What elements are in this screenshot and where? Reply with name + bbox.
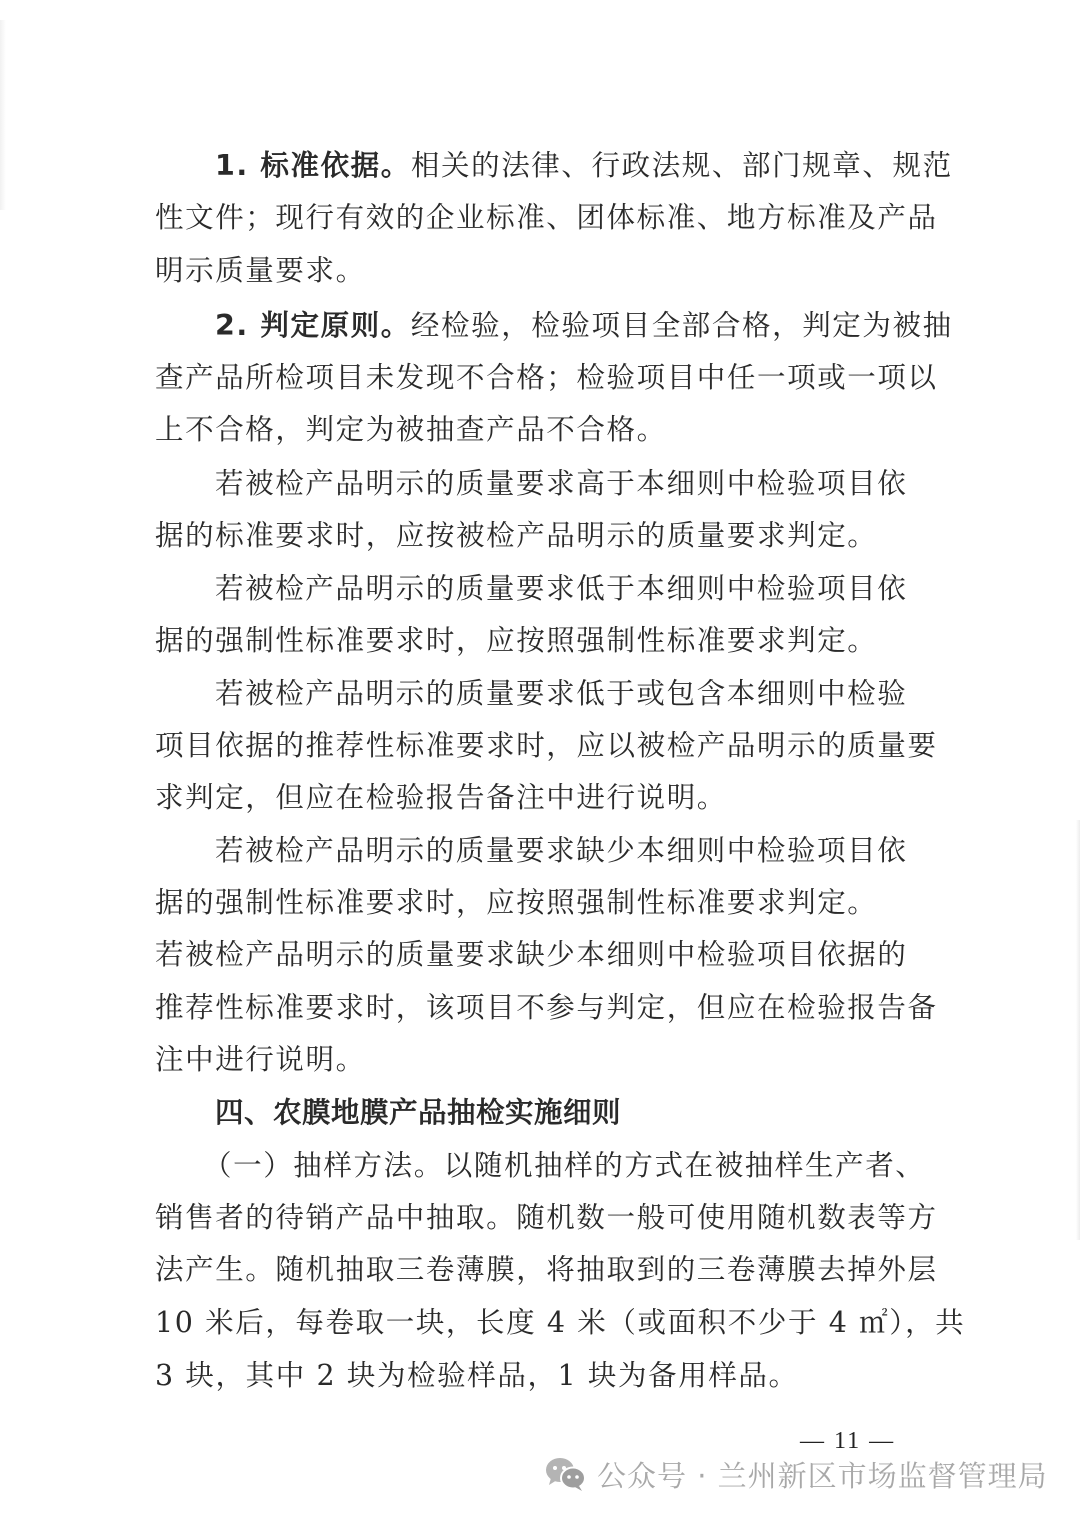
paragraph-line: 据的强制性标准要求时，应按照强制性标准要求判定。 [155,615,877,667]
section1-line-1: 1. 标准依据。相关的法律、行政法规、部门规章、规范 [215,140,953,192]
paragraph-line: 若被检产品明示的质量要求缺少本细则中检验项目依 [215,825,907,877]
paragraph-line: 据的标准要求时，应按被检产品明示的质量要求判定。 [155,510,877,562]
section2-line-1: 2. 判定原则。经检验，检验项目全部合格，判定为被抽 [215,300,953,352]
section1-label: 1. 标准依据。 [215,149,411,182]
sampling-line: （一）抽样方法。以随机抽样的方式在被抽样生产者、 [203,1140,925,1192]
scan-edge-shadow [1076,820,1080,1240]
section1-line-3: 明示质量要求。 [155,245,366,297]
wechat-icon [545,1456,587,1492]
paragraph-line: 据的强制性标准要求时，应按照强制性标准要求判定。 [155,877,877,929]
section2-label: 2. 判定原则。 [215,309,411,342]
sampling-line: 3 块，其中 2 块为检验样品，1 块为备用样品。 [155,1350,799,1402]
section2-line-3: 上不合格，判定为被抽查产品不合格。 [155,404,667,456]
section-heading-4: 四、农膜地膜产品抽检实施细则 [215,1087,621,1139]
section2-line-2: 查产品所检项目未发现不合格；检验项目中任一项或一项以 [155,352,938,404]
paragraph-line: 若被检产品明示的质量要求高于本细则中检验项目依 [215,458,907,510]
wechat-watermark: 公众号 · 兰州新区市场监督管理局 [545,1452,1048,1496]
page-number: — 11 — [800,1428,895,1455]
paragraph-line: 若被检产品明示的质量要求低于或包含本细则中检验 [215,668,907,720]
watermark-text: 公众号 · 兰州新区市场监督管理局 [597,1454,1048,1495]
paragraph-line: 若被检产品明示的质量要求缺少本细则中检验项目依据的 [155,929,908,981]
paragraph-line: 若被检产品明示的质量要求低于本细则中检验项目依 [215,563,907,615]
sampling-line: 销售者的待销产品中抽取。随机数一般可使用随机数表等方 [155,1192,938,1244]
sampling-line: 10 米后，每卷取一块，长度 4 米（或面积不少于 4 ㎡），共 [155,1297,965,1349]
paragraph-line: 求判定，但应在检验报告备注中进行说明。 [155,772,727,824]
paragraph-line: 推荐性标准要求时，该项目不参与判定，但应在检验报告备 [155,982,938,1034]
sampling-line: 法产生。随机抽取三卷薄膜，将抽取到的三卷薄膜去掉外层 [155,1244,938,1296]
paragraph-line: 项目依据的推荐性标准要求时，应以被检产品明示的质量要 [155,720,938,772]
section1-line-2: 性文件；现行有效的企业标准、团体标准、地方标准及产品 [155,192,938,244]
scan-edge-shadow [0,20,6,210]
paragraph-line: 注中进行说明。 [155,1034,366,1086]
